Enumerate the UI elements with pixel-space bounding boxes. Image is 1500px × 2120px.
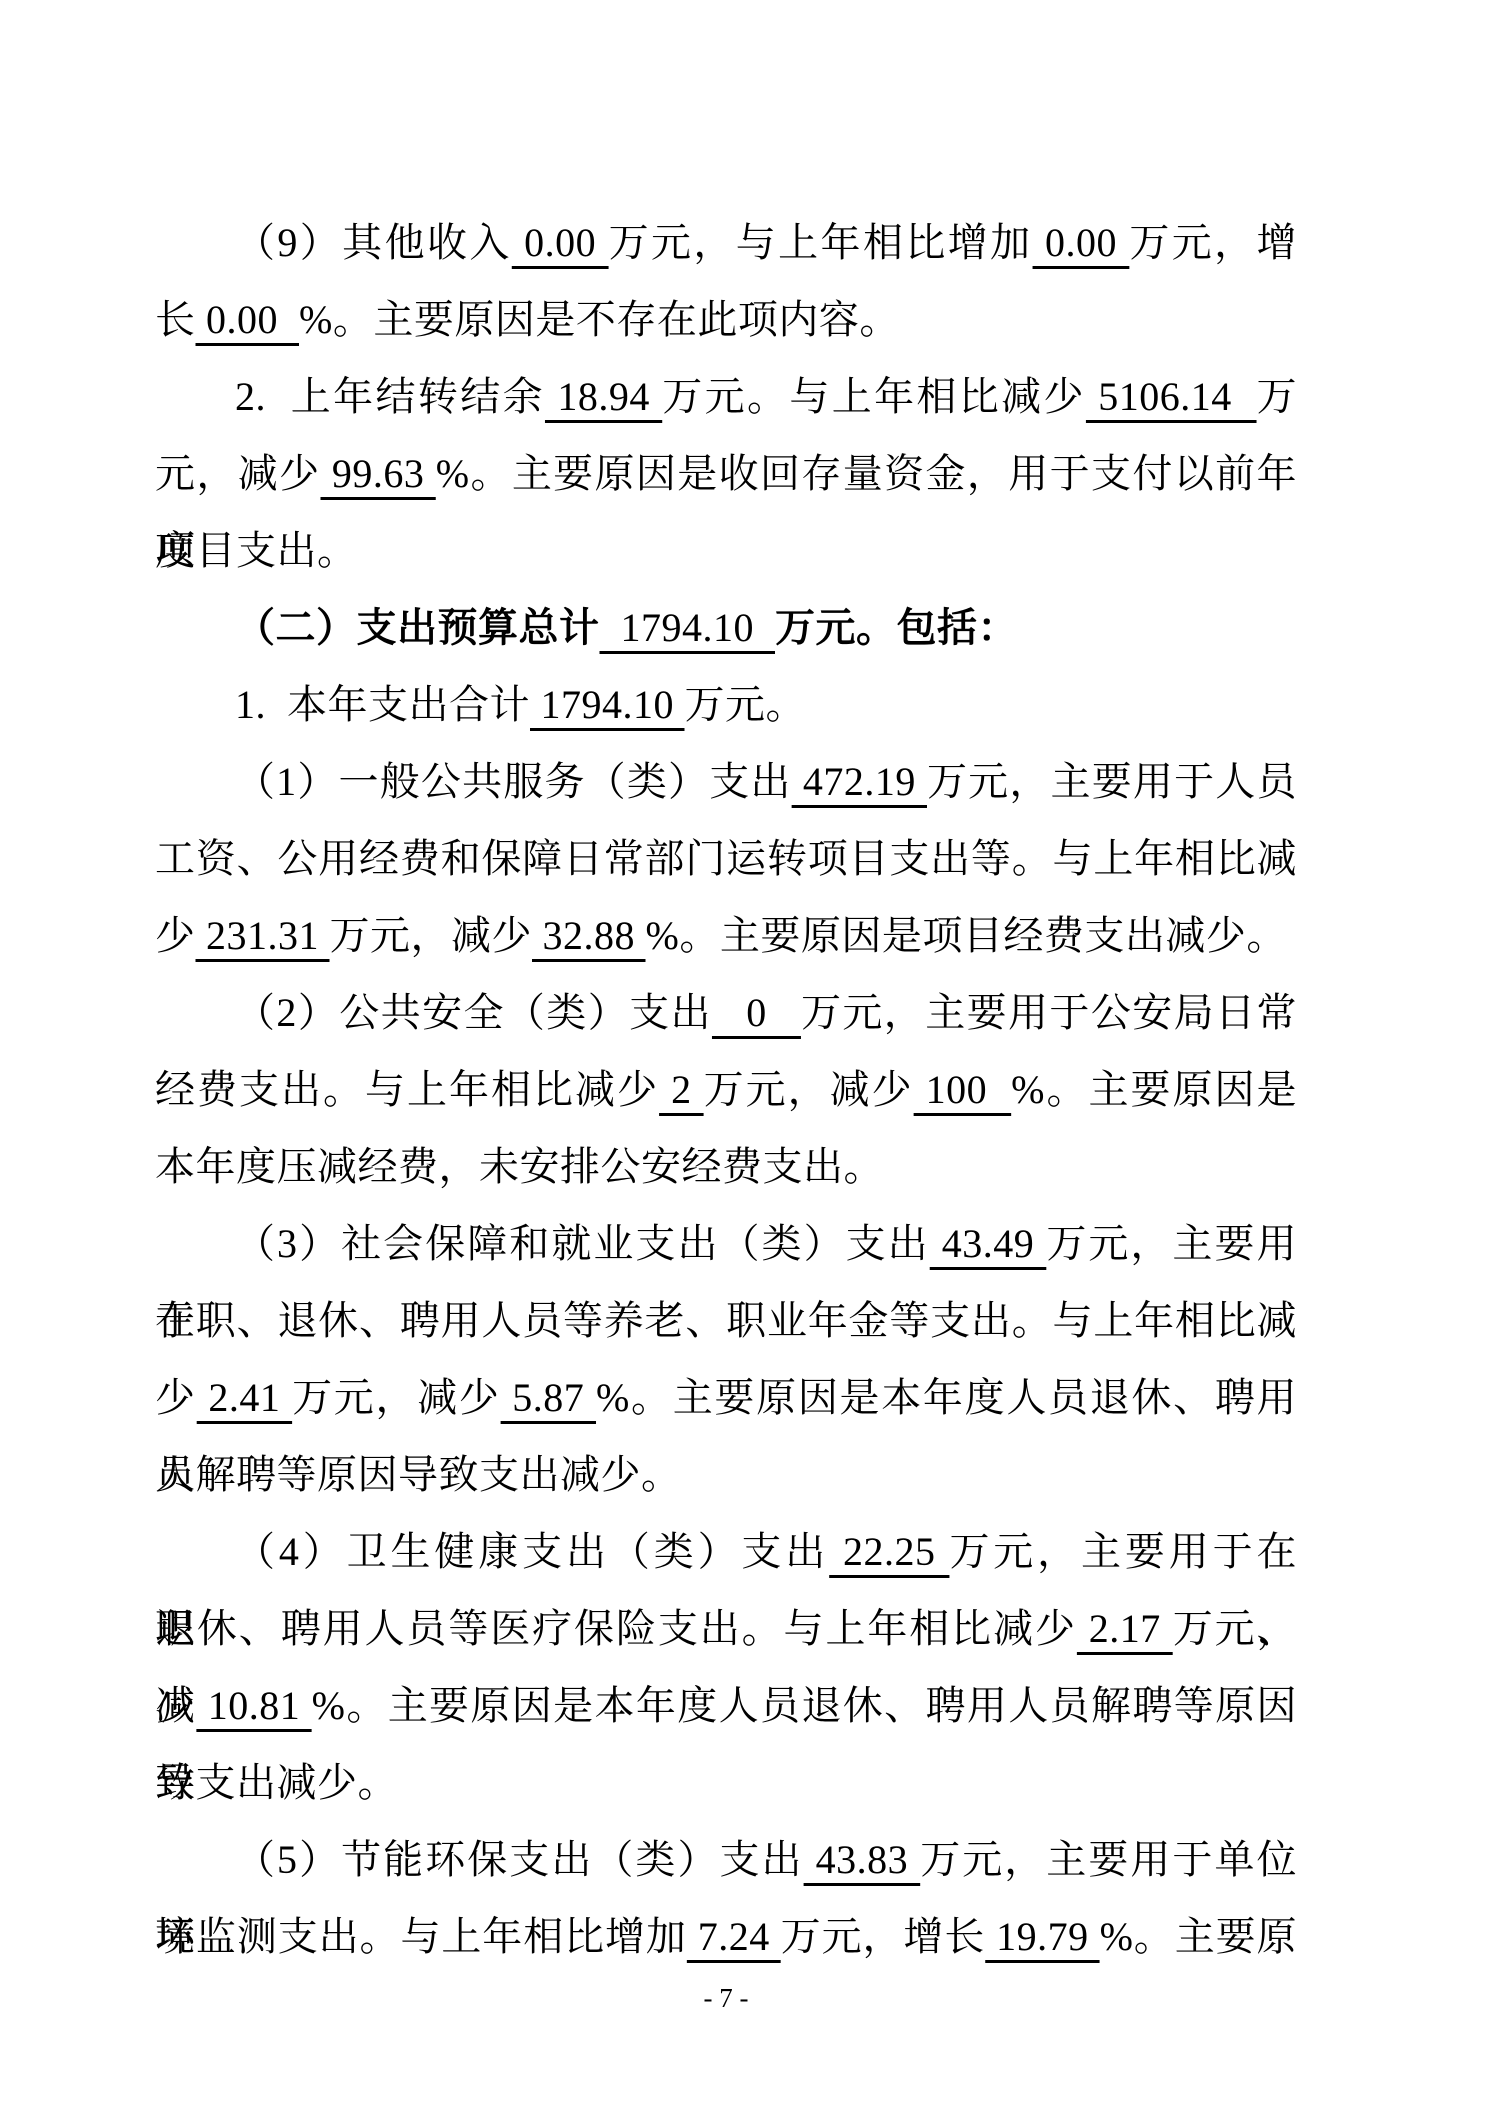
text-run: %。主要原因是项目经费支出减少。 <box>646 913 1287 958</box>
paragraph: （4）卫生健康支出（类）支出 22.25 万元，主要用于在职、退休、聘用人员等医… <box>155 1513 1297 1821</box>
text-run: 少 <box>155 1683 196 1728</box>
text-line: （3）社会保障和就业支出（类）支出 43.49 万元，主要用于 <box>155 1205 1297 1282</box>
text-run: 万元。包括： <box>775 605 1018 650</box>
text-run: 万元，减少 <box>292 1375 501 1420</box>
underlined-value: 19.79 <box>985 1914 1099 1959</box>
underlined-value: 2 <box>659 1067 704 1112</box>
underlined-value: 43.49 <box>930 1221 1047 1266</box>
text-line: （1）一般公共服务（类）支出 472.19 万元，主要用于人员 <box>155 743 1297 820</box>
text-run: 万元，与上年相比增加 <box>609 220 1033 265</box>
text-run: %。主要原因是 <box>1011 1067 1297 1112</box>
text-run: 1. 本年支出合计 <box>235 682 530 727</box>
text-run: 本年度压减经费，未安排公安经费支出。 <box>155 1144 884 1189</box>
text-run: 少 <box>155 913 196 958</box>
text-line: （9）其他收入 0.00 万元，与上年相比增加 0.00 万元，增 <box>155 204 1297 281</box>
paragraph: 2. 上年结转结余 18.94 万元。与上年相比减少 5106.14 万元，减少… <box>155 358 1297 589</box>
paragraph: （5）节能环保支出（类）支出 43.83 万元，主要用于单位环境监测支出。与上年… <box>155 1821 1297 1975</box>
text-run: 长 <box>155 297 196 342</box>
text-line: 项目支出。 <box>155 512 1297 589</box>
underlined-value: 2.41 <box>197 1375 292 1420</box>
text-run: 少 <box>155 1375 197 1420</box>
underlined-value: 32.88 <box>532 913 646 958</box>
text-line: （4）卫生健康支出（类）支出 22.25 万元，主要用于在职、 <box>155 1513 1297 1590</box>
paragraph: （2）公共安全（类）支出 0 万元，主要用于公安局日常经费支出。与上年相比减少 … <box>155 974 1297 1205</box>
text-line: 经费支出。与上年相比减少 2 万元，减少 100 %。主要原因是 <box>155 1051 1297 1128</box>
text-line: 致支出减少。 <box>155 1744 1297 1821</box>
underlined-value: 231.31 <box>196 913 330 958</box>
text-run: （1）一般公共服务（类）支出 <box>235 759 792 804</box>
text-run: 工资、公用经费和保障日常部门运转项目支出等。与上年相比减 <box>155 836 1297 881</box>
underlined-value: 18.94 <box>545 374 662 419</box>
text-run: 经费支出。与上年相比减少 <box>155 1067 659 1112</box>
text-line: 长 0.00 %。主要原因是不存在此项内容。 <box>155 281 1297 358</box>
text-line: 少 231.31 万元，减少 32.88 %。主要原因是项目经费支出减少。 <box>155 897 1297 974</box>
text-run: （5）节能环保支出（类）支出 <box>235 1837 804 1882</box>
underlined-value: 0.00 <box>512 220 609 265</box>
text-run: 致支出减少。 <box>155 1760 398 1805</box>
text-run: 万元，减少 <box>330 913 533 958</box>
document-body: （9）其他收入 0.00 万元，与上年相比增加 0.00 万元，增长 0.00 … <box>155 204 1297 1975</box>
text-run: （二）支出预算总计 <box>235 605 600 650</box>
text-run: （4）卫生健康支出（类）支出 <box>235 1529 829 1574</box>
paragraph: （9）其他收入 0.00 万元，与上年相比增加 0.00 万元，增长 0.00 … <box>155 204 1297 358</box>
text-run: （2）公共安全（类）支出 <box>235 990 712 1035</box>
text-run: 元，减少 <box>155 451 321 496</box>
text-run: （3）社会保障和就业支出（类）支出 <box>235 1221 930 1266</box>
text-run: 万元。 <box>685 682 807 727</box>
underlined-value: 0 <box>712 990 801 1035</box>
text-line: 工资、公用经费和保障日常部门运转项目支出等。与上年相比减 <box>155 820 1297 897</box>
text-run: 2. 上年结转结余 <box>235 374 545 419</box>
text-run: 员解聘等原因导致支出减少。 <box>155 1452 682 1497</box>
underlined-value: 1794.10 <box>530 682 685 727</box>
underlined-value: 0.00 <box>1033 220 1130 265</box>
text-run: 万元。与上年相比减少 <box>662 374 1086 419</box>
underlined-value: 5106.14 <box>1086 374 1257 419</box>
underlined-value: 43.83 <box>804 1837 921 1882</box>
underlined-value: 22.25 <box>829 1529 949 1574</box>
text-line: 本年度压减经费，未安排公安经费支出。 <box>155 1128 1297 1205</box>
text-line: 境监测支出。与上年相比增加 7.24 万元，增长 19.79 %。主要原 <box>155 1898 1297 1975</box>
paragraph: （1）一般公共服务（类）支出 472.19 万元，主要用于人员工资、公用经费和保… <box>155 743 1297 974</box>
text-line: 少 10.81 %。主要原因是本年度人员退休、聘用人员解聘等原因导 <box>155 1667 1297 1744</box>
text-line: 在职、退休、聘用人员等养老、职业年金等支出。与上年相比减 <box>155 1282 1297 1359</box>
text-run: 万 <box>1257 374 1298 419</box>
underlined-value: 10.81 <box>196 1683 311 1728</box>
text-line: 元，减少 99.63 %。主要原因是收回存量资金，用于支付以前年度 <box>155 435 1297 512</box>
text-line: 退休、聘用人员等医疗保险支出。与上年相比减少 2.17 万元，减 <box>155 1590 1297 1667</box>
text-run: 境监测支出。与上年相比增加 <box>155 1914 687 1959</box>
text-line: （2）公共安全（类）支出 0 万元，主要用于公安局日常 <box>155 974 1297 1051</box>
underlined-value: 5.87 <box>501 1375 596 1420</box>
text-line: 员解聘等原因导致支出减少。 <box>155 1436 1297 1513</box>
underlined-value: 100 <box>914 1067 1012 1112</box>
text-run: 万元，主要用于人员 <box>927 759 1297 804</box>
paragraph: （3）社会保障和就业支出（类）支出 43.49 万元，主要用于在职、退休、聘用人… <box>155 1205 1297 1513</box>
text-run: 在职、退休、聘用人员等养老、职业年金等支出。与上年相比减 <box>155 1298 1297 1343</box>
text-run: 退休、聘用人员等医疗保险支出。与上年相比减少 <box>155 1606 1077 1651</box>
underlined-value: 2.17 <box>1077 1606 1173 1651</box>
underlined-value: 0.00 <box>196 297 300 342</box>
text-line: 2. 上年结转结余 18.94 万元。与上年相比减少 5106.14 万 <box>155 358 1297 435</box>
text-line: 少 2.41 万元，减少 5.87 %。主要原因是本年度人员退休、聘用人 <box>155 1359 1297 1436</box>
text-run: 项目支出。 <box>155 528 358 573</box>
paragraph: 1. 本年支出合计 1794.10 万元。 <box>155 666 1297 743</box>
underlined-value: 472.19 <box>792 759 927 804</box>
text-line: （二）支出预算总计 1794.10 万元。包括： <box>155 589 1297 666</box>
text-run: （9）其他收入 <box>235 220 512 265</box>
text-run: 万元，增 <box>1129 220 1297 265</box>
page-number: - 7 - <box>155 1978 1297 2018</box>
text-run: %。主要原因是不存在此项内容。 <box>299 297 900 342</box>
text-run: 万元，减少 <box>704 1067 914 1112</box>
text-run: 万元，增长 <box>781 1914 986 1959</box>
document-page: （9）其他收入 0.00 万元，与上年相比增加 0.00 万元，增长 0.00 … <box>0 0 1500 2120</box>
underlined-value: 99.63 <box>321 451 436 496</box>
underlined-value: 7.24 <box>687 1914 781 1959</box>
underlined-value: 1794.10 <box>600 605 776 650</box>
text-line: （5）节能环保支出（类）支出 43.83 万元，主要用于单位环 <box>155 1821 1297 1898</box>
paragraph: （二）支出预算总计 1794.10 万元。包括： <box>155 589 1297 666</box>
text-line: 1. 本年支出合计 1794.10 万元。 <box>155 666 1297 743</box>
text-run: %。主要原 <box>1100 1914 1297 1959</box>
text-run: 万元，主要用于公安局日常 <box>801 990 1297 1035</box>
